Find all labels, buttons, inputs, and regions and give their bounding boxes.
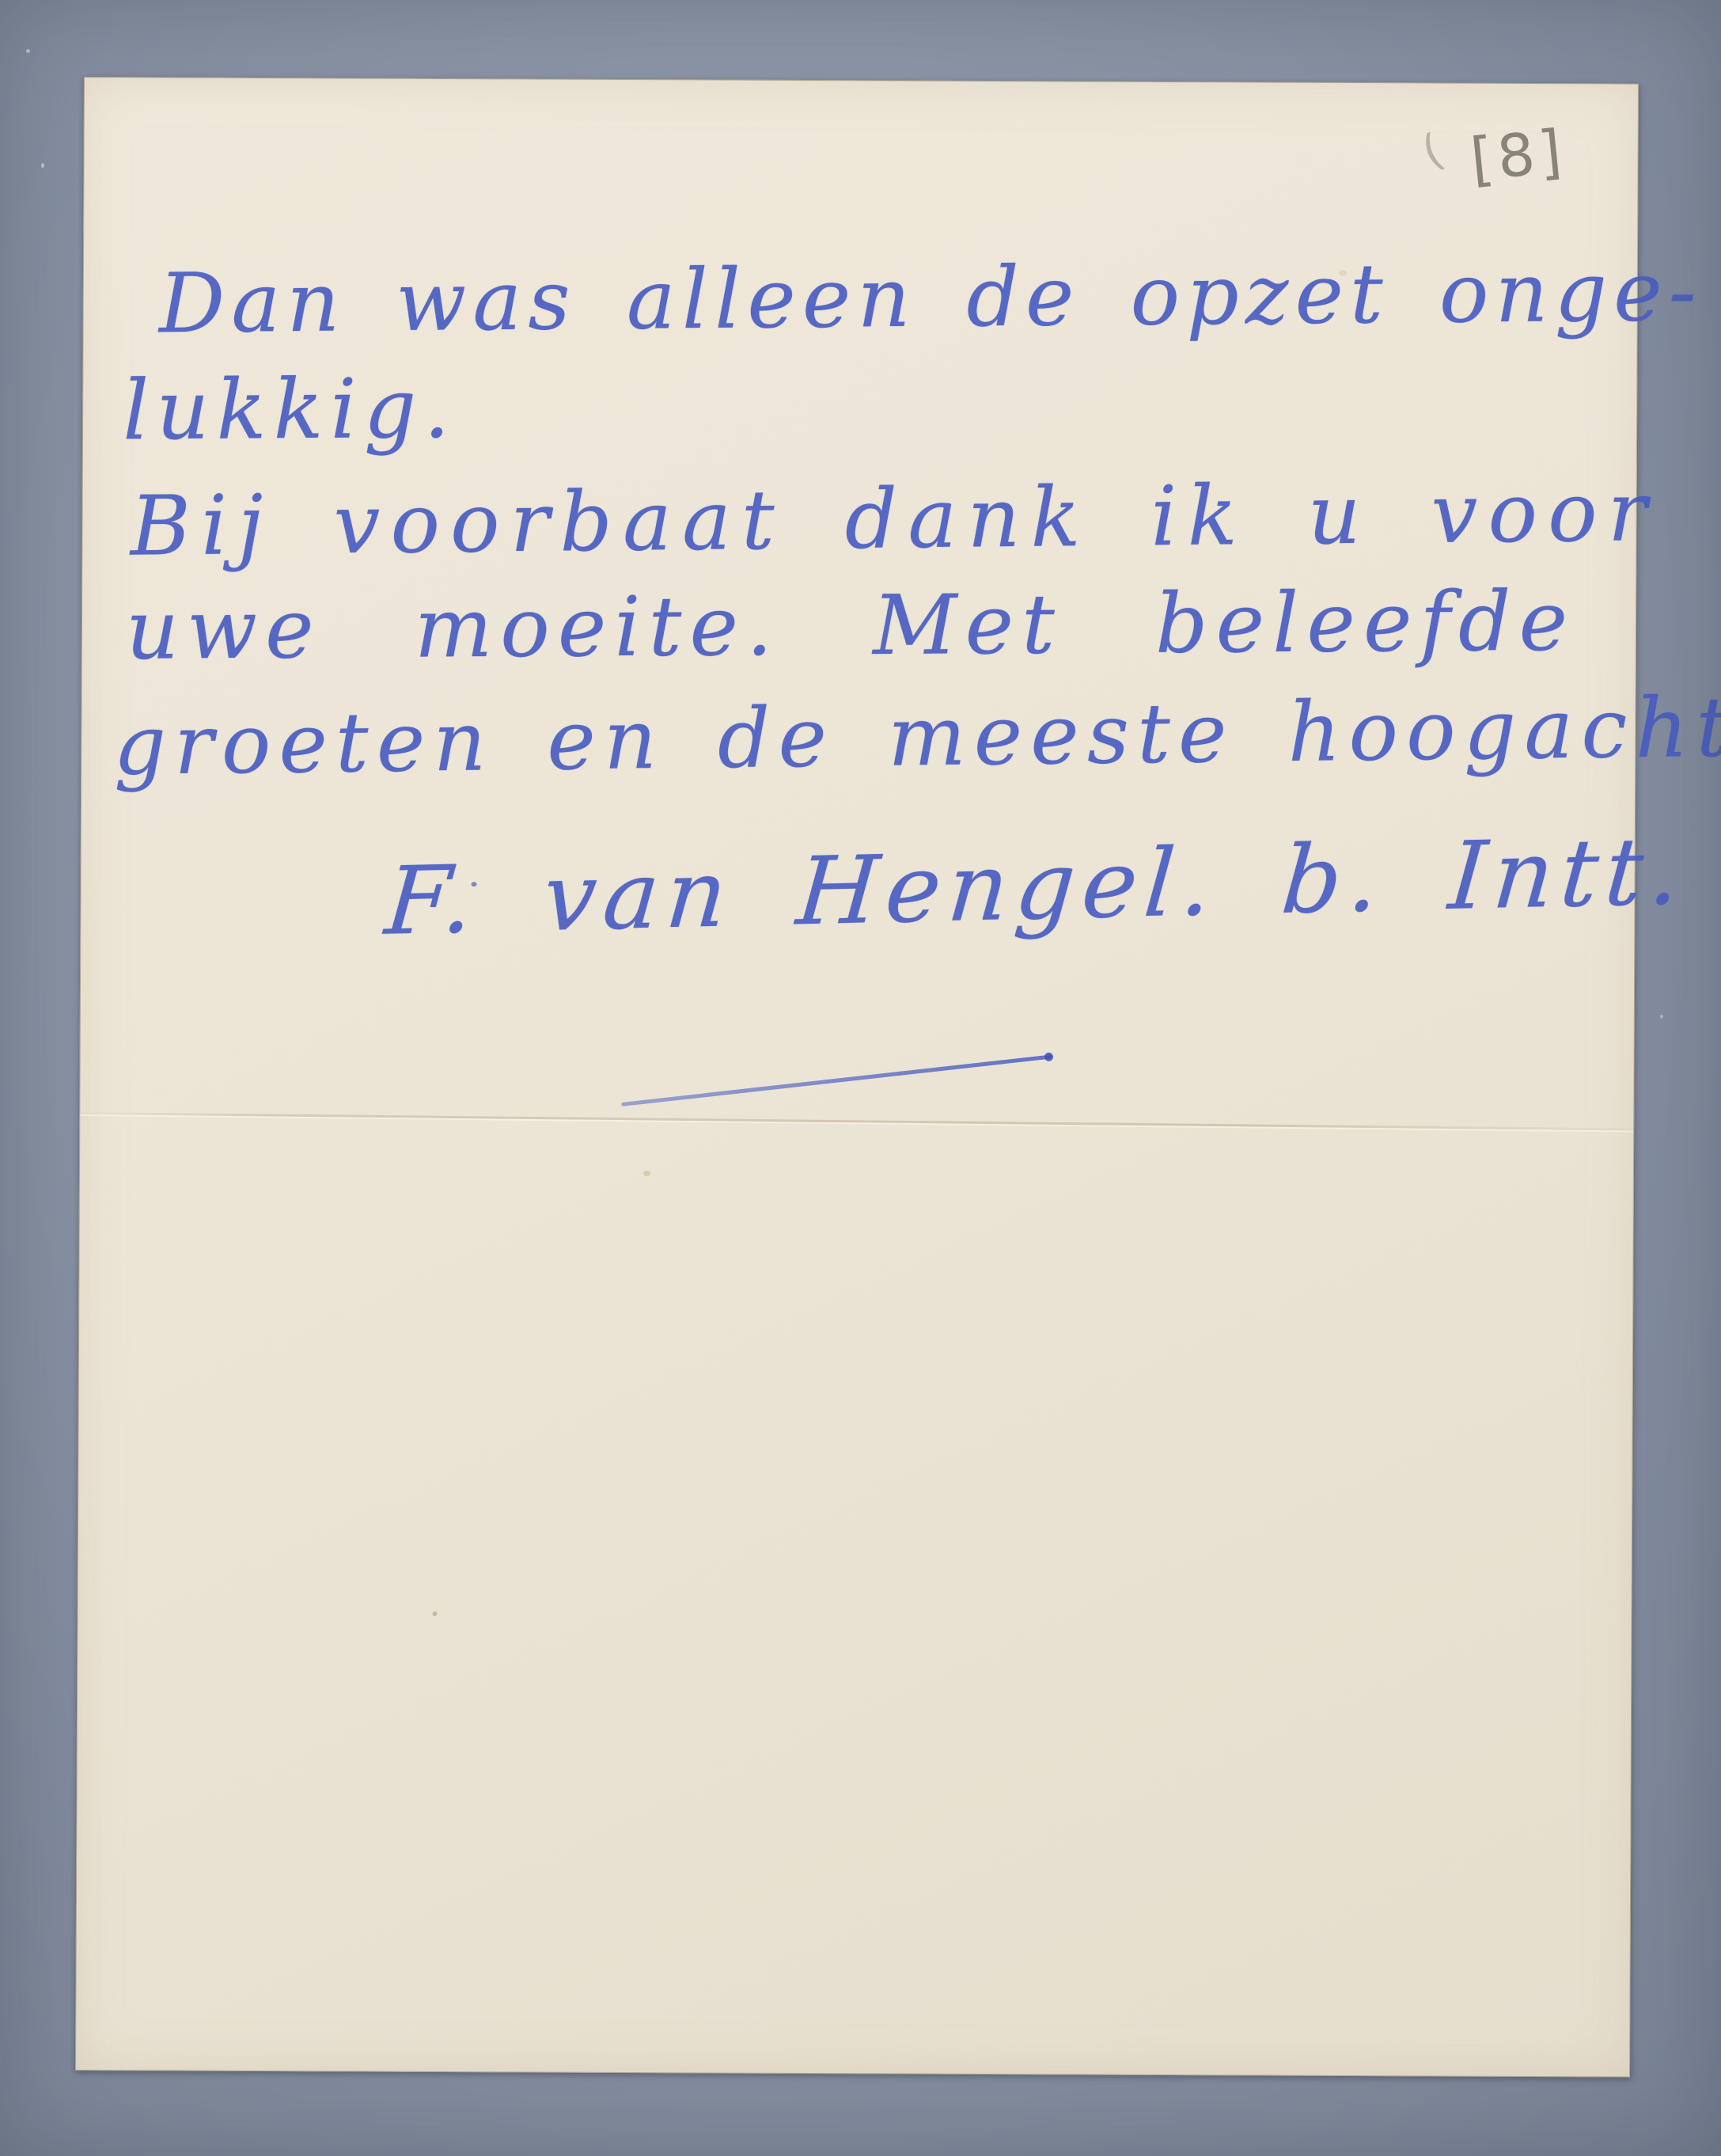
photo-background: ( [8] Dan was alleen de opzet onge- lukk… xyxy=(0,0,1721,2156)
letter-sheet: ( [8] Dan was alleen de opzet onge- lukk… xyxy=(75,77,1639,2078)
paper-spot xyxy=(1339,270,1347,276)
paper-spot xyxy=(433,1611,438,1616)
paper-spot xyxy=(643,1171,650,1176)
pencil-page-number: ( [8] xyxy=(1468,117,1569,195)
dust-speck xyxy=(26,49,30,53)
signature: F. van Hengel. b. Intt. xyxy=(381,818,1691,954)
fold-crease xyxy=(80,1112,1633,1131)
handwriting-line-2: lukkig. xyxy=(123,362,457,457)
handwriting-line-5: groeten en de meeste hoogachting xyxy=(113,679,1721,791)
ink-blot xyxy=(472,882,477,886)
dust-speck xyxy=(1660,1015,1663,1019)
signature-underline xyxy=(621,1054,1052,1106)
pencil-page-number-text: [8] xyxy=(1468,117,1569,195)
handwriting-line-1: Dan was alleen de opzet onge- xyxy=(158,245,1703,350)
dust-speck xyxy=(41,163,44,168)
handwriting-line-4: uwe moeite. Met beleefde xyxy=(126,575,1576,677)
pencil-stray-mark: ( xyxy=(1415,124,1450,178)
handwriting-line-3: Bij voorbaat dank ik u voor xyxy=(130,465,1658,572)
